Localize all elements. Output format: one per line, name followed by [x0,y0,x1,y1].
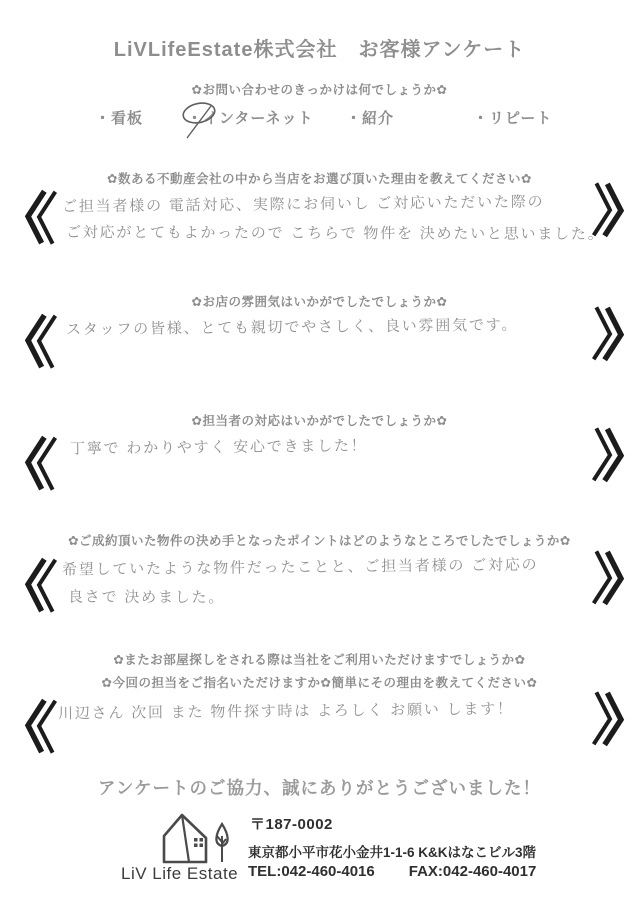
question-reason: ✿数ある不動産会社の中から当店をお選び頂いた理由を教えてください✿ [0,169,639,187]
answer-reason-line1: ご担当者様の 電話対応、実際にお伺いし ご対応いただいた際の [62,190,545,216]
fax-number: FAX:042-460-4017 [409,863,537,880]
answer-bracket-right-icon [592,549,626,607]
option-repeat: ・リピート [473,107,552,128]
answer-point-line2: 良さで 決めました。 [68,586,225,608]
company-logo-text: LiV Life Estate [121,864,238,884]
answer-bracket-left-icon [23,556,57,614]
option-shoukai: ・紹介 [346,107,394,128]
answer-bracket-right-icon [592,690,626,748]
inquiry-question: ✿お問い合わせのきっかけは何でしょうか✿ [0,80,639,98]
question-use-again: ✿またお部屋探しをされる際は当社をご利用いただけますでしょうか✿ [0,650,639,668]
postal-code: 〒187-0002 [250,813,333,834]
page-title: LiVLifeEstate株式会社 お客様アンケート [0,33,639,62]
question-staff-response: ✿担当者の対応はいかがでしたでしょうか✿ [0,411,639,429]
answer-bracket-left-icon [23,188,57,246]
option-kanban: ・看板 [95,107,143,128]
answer-bracket-left-icon [23,697,57,755]
answer-bracket-left-icon [23,312,57,370]
question-nominate: ✿今回の担当をご指名いただけますか✿簡単にその理由を教えてください✿ [0,673,639,691]
answer-bracket-left-icon [23,434,57,492]
answer-point-line1: 希望していたような物件だったことと、ご担当者様の ご対応の [62,554,539,580]
answer-nominate-line1: 川辺さん 次回 また 物件探す時は よろしく お願い します！ [58,698,514,724]
answer-bracket-right-icon [592,181,626,239]
question-deciding-point: ✿ご成約頂いた物件の決め手となったポイントはどのようなところでしたでしょうか✿ [0,531,639,549]
answer-reason-line2: ご対応がとてもよかったので こちらで 物件を 決めたいと思いました。 [66,221,605,244]
closing-thanks: アンケートのご協力、誠にありがとうございました！ [0,775,639,800]
answer-bracket-right-icon [592,426,626,484]
answer-staff-line1: 丁寧で わかりやすく 安心できました！ [70,434,368,458]
tel-number: TEL:042-460-4016 [248,863,375,880]
company-address: 東京都小平市花小金井1-1-6 K&Kはなこビル3階 [248,841,536,861]
answer-atmosphere-line1: スタッフの皆様、とても親切でやさしく、良い雰囲気です。 [66,314,518,340]
selection-circle-icon [178,98,224,142]
company-logo-house-tree-icon [158,810,240,866]
question-atmosphere: ✿お店の雰囲気はいかがでしたでしょうか✿ [0,292,639,310]
answer-bracket-right-icon [592,305,626,363]
contact-numbers: TEL:042-460-4016 FAX:042-460-4017 [248,863,536,880]
